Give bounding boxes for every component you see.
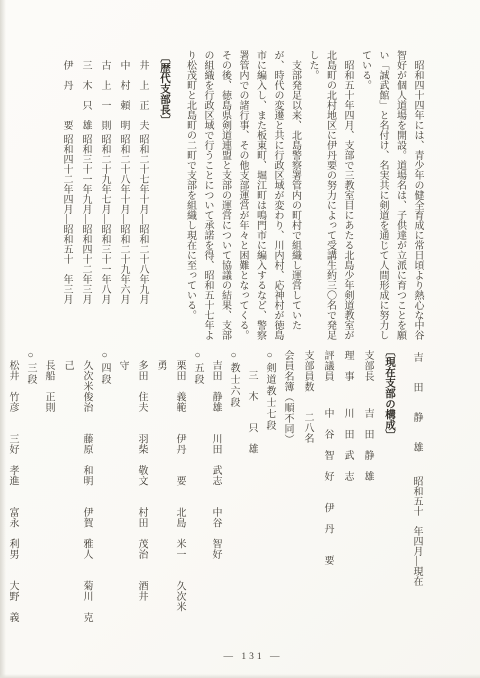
heading-successive-branch-heads: 〔歴代支部長〕 (158, 50, 171, 342)
member-row: 松井 竹彦 三好 孝進 富永 利男 大野 義則 (0, 344, 22, 632)
paragraph-branch-reorganization: 支部発足以来、北島警察署管内の町村で組織し運営していたが、時代の変遷と共に行政区… (181, 50, 304, 342)
leader-entry: 中 村 頼 明昭和二十八年十月―昭和二十九年六月 (114, 50, 133, 342)
officer-title: 評議員 (322, 350, 333, 382)
scan-bottom-edge (0, 674, 480, 678)
leader-name: 吉 田 静 雄 (411, 352, 422, 452)
member-row: 長船 正則 (39, 344, 58, 632)
member-count-line: 支部員数二八名 (297, 344, 317, 632)
leader-term: 昭和三十一年九月―昭和四十二年三月 (80, 134, 91, 304)
paragraph-kitajima-classroom: 昭和五十年四月、支部で三教室目にあたる北島少年剣道教室が北島町の北村地区に伊丹要… (304, 50, 357, 342)
leader-name: 伊 丹 要 (61, 60, 72, 130)
top-text-band: 昭和四十四年には、青少年の健全育成に常日頃より熱心な中谷智好が個人道場を開設。道… (36, 50, 426, 342)
leader-term: 昭和五十 年四月―現在 (411, 476, 422, 586)
member-count-value: 二八名 (302, 412, 313, 444)
officer-title: 支部長 (362, 350, 373, 382)
officer-title: 理 事 (342, 350, 353, 382)
member-count-label: 支部員数 (302, 350, 313, 392)
leader-name: 井 上 正 夫 (137, 60, 148, 130)
page-number: ― 131 ― (0, 652, 480, 662)
leader-entry: 三 木 只 雄昭和三十一年九月―昭和四十二年三月 (76, 50, 95, 342)
scanned-document-page: 昭和四十四年には、青少年の健全育成に常日頃より熱心な中谷智好が個人道場を開設。道… (0, 0, 480, 678)
leader-term: 昭和二十八年十月―昭和二十九年六月 (118, 134, 129, 304)
heading-current-branch-composition: 〔現在支部の構成〕 (383, 344, 396, 632)
leader-name: 古 上 一 則 (99, 60, 110, 130)
officer-names: 川 田 武 志 (342, 408, 353, 482)
leader-name: 中 村 頼 明 (118, 60, 129, 130)
officer-line-branch-head: 支部長吉 田 静 雄 (357, 344, 377, 632)
paragraph-private-dojo: 昭和四十四年には、青少年の健全育成に常日頃より熱心な中谷智好が個人道場を開設。道… (356, 50, 426, 342)
member-row: 吉田 静雄 川田 武志 中谷 智好 (206, 344, 225, 632)
rank-heading-3dan: ○三段 (22, 344, 39, 632)
member-row: 久次米俊治 藤原 和明 伊賀 雅人 菊川 克己 (58, 344, 96, 632)
roster-title: 会員名簿（順不同） (278, 344, 297, 632)
member-row: 栗田 義範 伊丹 要 北島 米一 久次米 勇 (151, 344, 189, 632)
leader-entry: 古 上 一 則昭和二十九年七月―昭和三十一年八月 (95, 50, 114, 342)
officer-names: 吉 田 静 雄 (362, 408, 373, 482)
officer-line-councilors: 評議員中 谷 智 好 伊 丹 要 (317, 344, 337, 632)
leader-term: 昭和四十二年四月―昭和五十 年三月 (61, 134, 72, 304)
member-row: 三 木 只 雄 (242, 344, 261, 632)
leader-term: 昭和二十七年十月―昭和二十八年九月 (137, 134, 148, 304)
member-row: 多田 住夫 羽柴 敬文 村田 茂治 酒井 守 (113, 344, 151, 632)
leader-term: 昭和二十九年七月―昭和三十一年八月 (99, 134, 110, 304)
leader-name: 三 木 只 雄 (80, 60, 91, 130)
officer-line-director: 理 事川 田 武 志 (337, 344, 357, 632)
rank-heading-4dan: ○四段 (96, 344, 113, 632)
rank-heading-5dan: ○五段 (189, 344, 206, 632)
officer-names: 中 谷 智 好 伊 丹 要 (322, 408, 333, 566)
bottom-text-band: 吉 田 静 雄昭和五十 年四月―現在 〔現在支部の構成〕 支部長吉 田 静 雄 … (34, 344, 426, 632)
rank-heading-kyoshi-6dan: ○教士六段 (225, 344, 242, 632)
leader-entry-current: 吉 田 静 雄昭和五十 年四月―現在 (406, 344, 426, 632)
rank-heading-kyoshi-7dan: ○剣道教士七段 (261, 344, 278, 632)
leader-entry: 井 上 正 夫昭和二十七年十月―昭和二十八年九月 (133, 50, 152, 342)
leader-entry: 伊 丹 要昭和四十二年四月―昭和五十 年三月 (57, 50, 76, 342)
